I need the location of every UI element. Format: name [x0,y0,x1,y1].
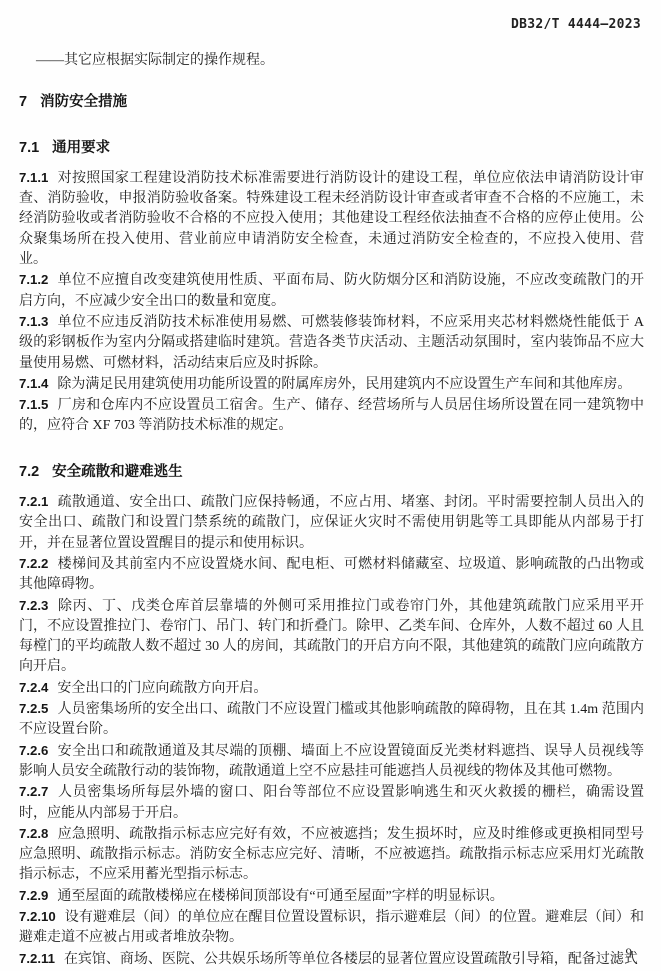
clause-7-1-2: 7.1.2单位不应擅自改变建筑使用性质、平面布局、防火防烟分区和消防设施，不应改… [19,270,644,312]
standard-code: DB32/T 4444—2023 [511,17,641,32]
clause-7-2-5: 7.2.5人员密集场所的安全出口、疏散门不应设置门槛或其他影响疏散的障碍物，且在… [19,699,644,741]
clause-7-1-1: 7.1.1对按照国家工程建设消防技术标准需要进行消防设计的建设工程，单位应依法申… [19,168,644,270]
clause-7-2-2: 7.2.2楼梯间及其前室内不应设置烧水间、配电柜、可燃材料储藏室、垃圾道、影响疏… [19,554,644,596]
clause-text: 除丙、丁、戊类仓库首层靠墙的外侧可采用推拉门或卷帘门外，其他建筑疏散门应采用平开… [19,599,644,675]
clause-text: 应急照明、疏散指示标志应完好有效，不应被遮挡；发生损坏时，应及时维修或更换相同型… [19,827,644,883]
clause-7-2-9: 7.2.9通至屋面的疏散楼梯应在楼梯间顶部设有“可通至屋面”字样的明显标识。 [19,886,644,907]
clause-7-2-10: 7.2.10设有避难层（间）的单位应在醒目位置设置标识，指示避难层（间）的位置。… [19,907,644,949]
heading-number: 7 [19,94,27,110]
clause-text: 楼梯间及其前室内不应设置烧水间、配电柜、可燃材料储藏室、垃圾道、影响疏散的凸出物… [19,557,644,592]
clause-text: 人员密集场所的安全出口、疏散门不应设置门槛或其他影响疏散的障碍物，且在其 1.4… [19,702,644,737]
section-heading-7-2: 7.2安全疏散和避难逃生 [19,462,644,482]
document-page: DB32/T 4444—2023 ——其它应根据实际制定的操作规程。7消防安全措… [0,0,661,971]
clause-text: 除为满足民用建筑使用功能所设置的附属库房外，民用建筑内不应设置生产车间和其他库房… [57,377,631,392]
document-body: ——其它应根据实际制定的操作规程。7消防安全措施7.1通用要求7.1.1对按照国… [19,51,644,970]
clause-number: 7.2.1 [19,494,48,509]
clause-number: 7.2.3 [19,598,48,613]
clause-7-1-4: 7.1.4除为满足民用建筑使用功能所设置的附属库房外，民用建筑内不应设置生产车间… [19,374,644,395]
clause-7-2-3: 7.2.3除丙、丁、戊类仓库首层靠墙的外侧可采用推拉门或卷帘门外，其他建筑疏散门… [19,596,644,678]
clause-text: 对按照国家工程建设消防技术标准需要进行消防设计的建设工程，单位应依法申请消防设计… [19,171,644,267]
clause-7-1-5: 7.1.5厂房和仓库内不应设置员工宿舍。生产、储存、经营场所与人员居住场所设置在… [19,395,644,437]
clause-text: 人员密集场所每层外墙的窗口、阳台等部位不应设置影响逃生和灭火救援的栅栏，确需设置… [19,785,644,820]
clause-text: 通至屋面的疏散楼梯应在楼梯间顶部设有“可通至屋面”字样的明显标识。 [57,889,503,904]
heading-number: 7.1 [19,140,39,156]
clause-number: 7.2.11 [19,951,55,966]
clause-number: 7.2.7 [19,784,48,799]
chapter-heading-7: 7消防安全措施 [19,92,644,112]
clause-number: 7.1.1 [19,170,48,185]
clause-7-2-1: 7.2.1疏散通道、安全出口、疏散门应保持畅通，不应占用、堵塞、封闭。平时需要控… [19,492,644,554]
clause-7-1-3: 7.1.3单位不应违反消防技术标准使用易燃、可燃装修装饰材料，不应采用夹芯材料燃… [19,312,644,374]
clause-7-2-8: 7.2.8应急照明、疏散指示标志应完好有效，不应被遮挡；发生损坏时，应及时维修或… [19,824,644,886]
clause-text: 设有避难层（间）的单位应在醒目位置设置标识，指示避难层（间）的位置。避难层（间）… [19,910,644,945]
clause-7-2-11: 7.2.11在宾馆、商场、医院、公共娱乐场所等单位各楼层的显著位置应设置疏散引导… [19,949,644,970]
clause-number: 7.1.2 [19,272,48,287]
clause-number: 7.2.6 [19,743,48,758]
clause-number: 7.2.2 [19,556,48,571]
clause-text: 厂房和仓库内不应设置员工宿舍。生产、储存、经营场所与人员居住场所设置在同一建筑物… [19,398,644,433]
clause-text: 安全出口的门应向疏散方向开启。 [57,681,267,696]
heading-title: 安全疏散和避难逃生 [52,464,183,480]
heading-title: 消防安全措施 [40,94,127,110]
clause-number: 7.2.5 [19,701,48,716]
clause-number: 7.1.3 [19,314,48,329]
clause-text: 安全出口和疏散通道及其尽端的顶棚、墙面上不应设置镜面反光类材料遮挡、误导人员视线… [19,744,644,779]
list-item-dash: ——其它应根据实际制定的操作规程。 [19,51,644,71]
clause-number: 7.2.10 [19,909,56,924]
clause-number: 7.2.4 [19,680,48,695]
clause-text: 在宾馆、商场、医院、公共娱乐场所等单位各楼层的显著位置应设置疏散引导箱，配备过滤… [64,952,638,967]
clause-7-2-7: 7.2.7人员密集场所每层外墙的窗口、阳台等部位不应设置影响逃生和灭火救援的栅栏… [19,782,644,824]
clause-number: 7.2.8 [19,826,48,841]
section-heading-7-1: 7.1通用要求 [19,138,644,158]
clause-text: 单位不应擅自改变建筑使用性质、平面布局、防火防烟分区和消防设施，不应改变疏散门的… [19,273,644,308]
clause-7-2-4: 7.2.4安全出口的门应向疏散方向开启。 [19,678,644,699]
clause-7-2-6: 7.2.6安全出口和疏散通道及其尽端的顶棚、墙面上不应设置镜面反光类材料遮挡、误… [19,741,644,783]
page-number: 9 [626,945,633,961]
heading-number: 7.2 [19,464,39,480]
clause-number: 7.1.5 [19,397,48,412]
clause-text: 疏散通道、安全出口、疏散门应保持畅通，不应占用、堵塞、封闭。平时需要控制人员出入… [19,495,644,551]
heading-title: 通用要求 [52,140,110,156]
clause-number: 7.1.4 [19,376,48,391]
clause-number: 7.2.9 [19,888,48,903]
clause-text: 单位不应违反消防技术标准使用易燃、可燃装修装饰材料，不应采用夹芯材料燃烧性能低于… [19,315,644,371]
